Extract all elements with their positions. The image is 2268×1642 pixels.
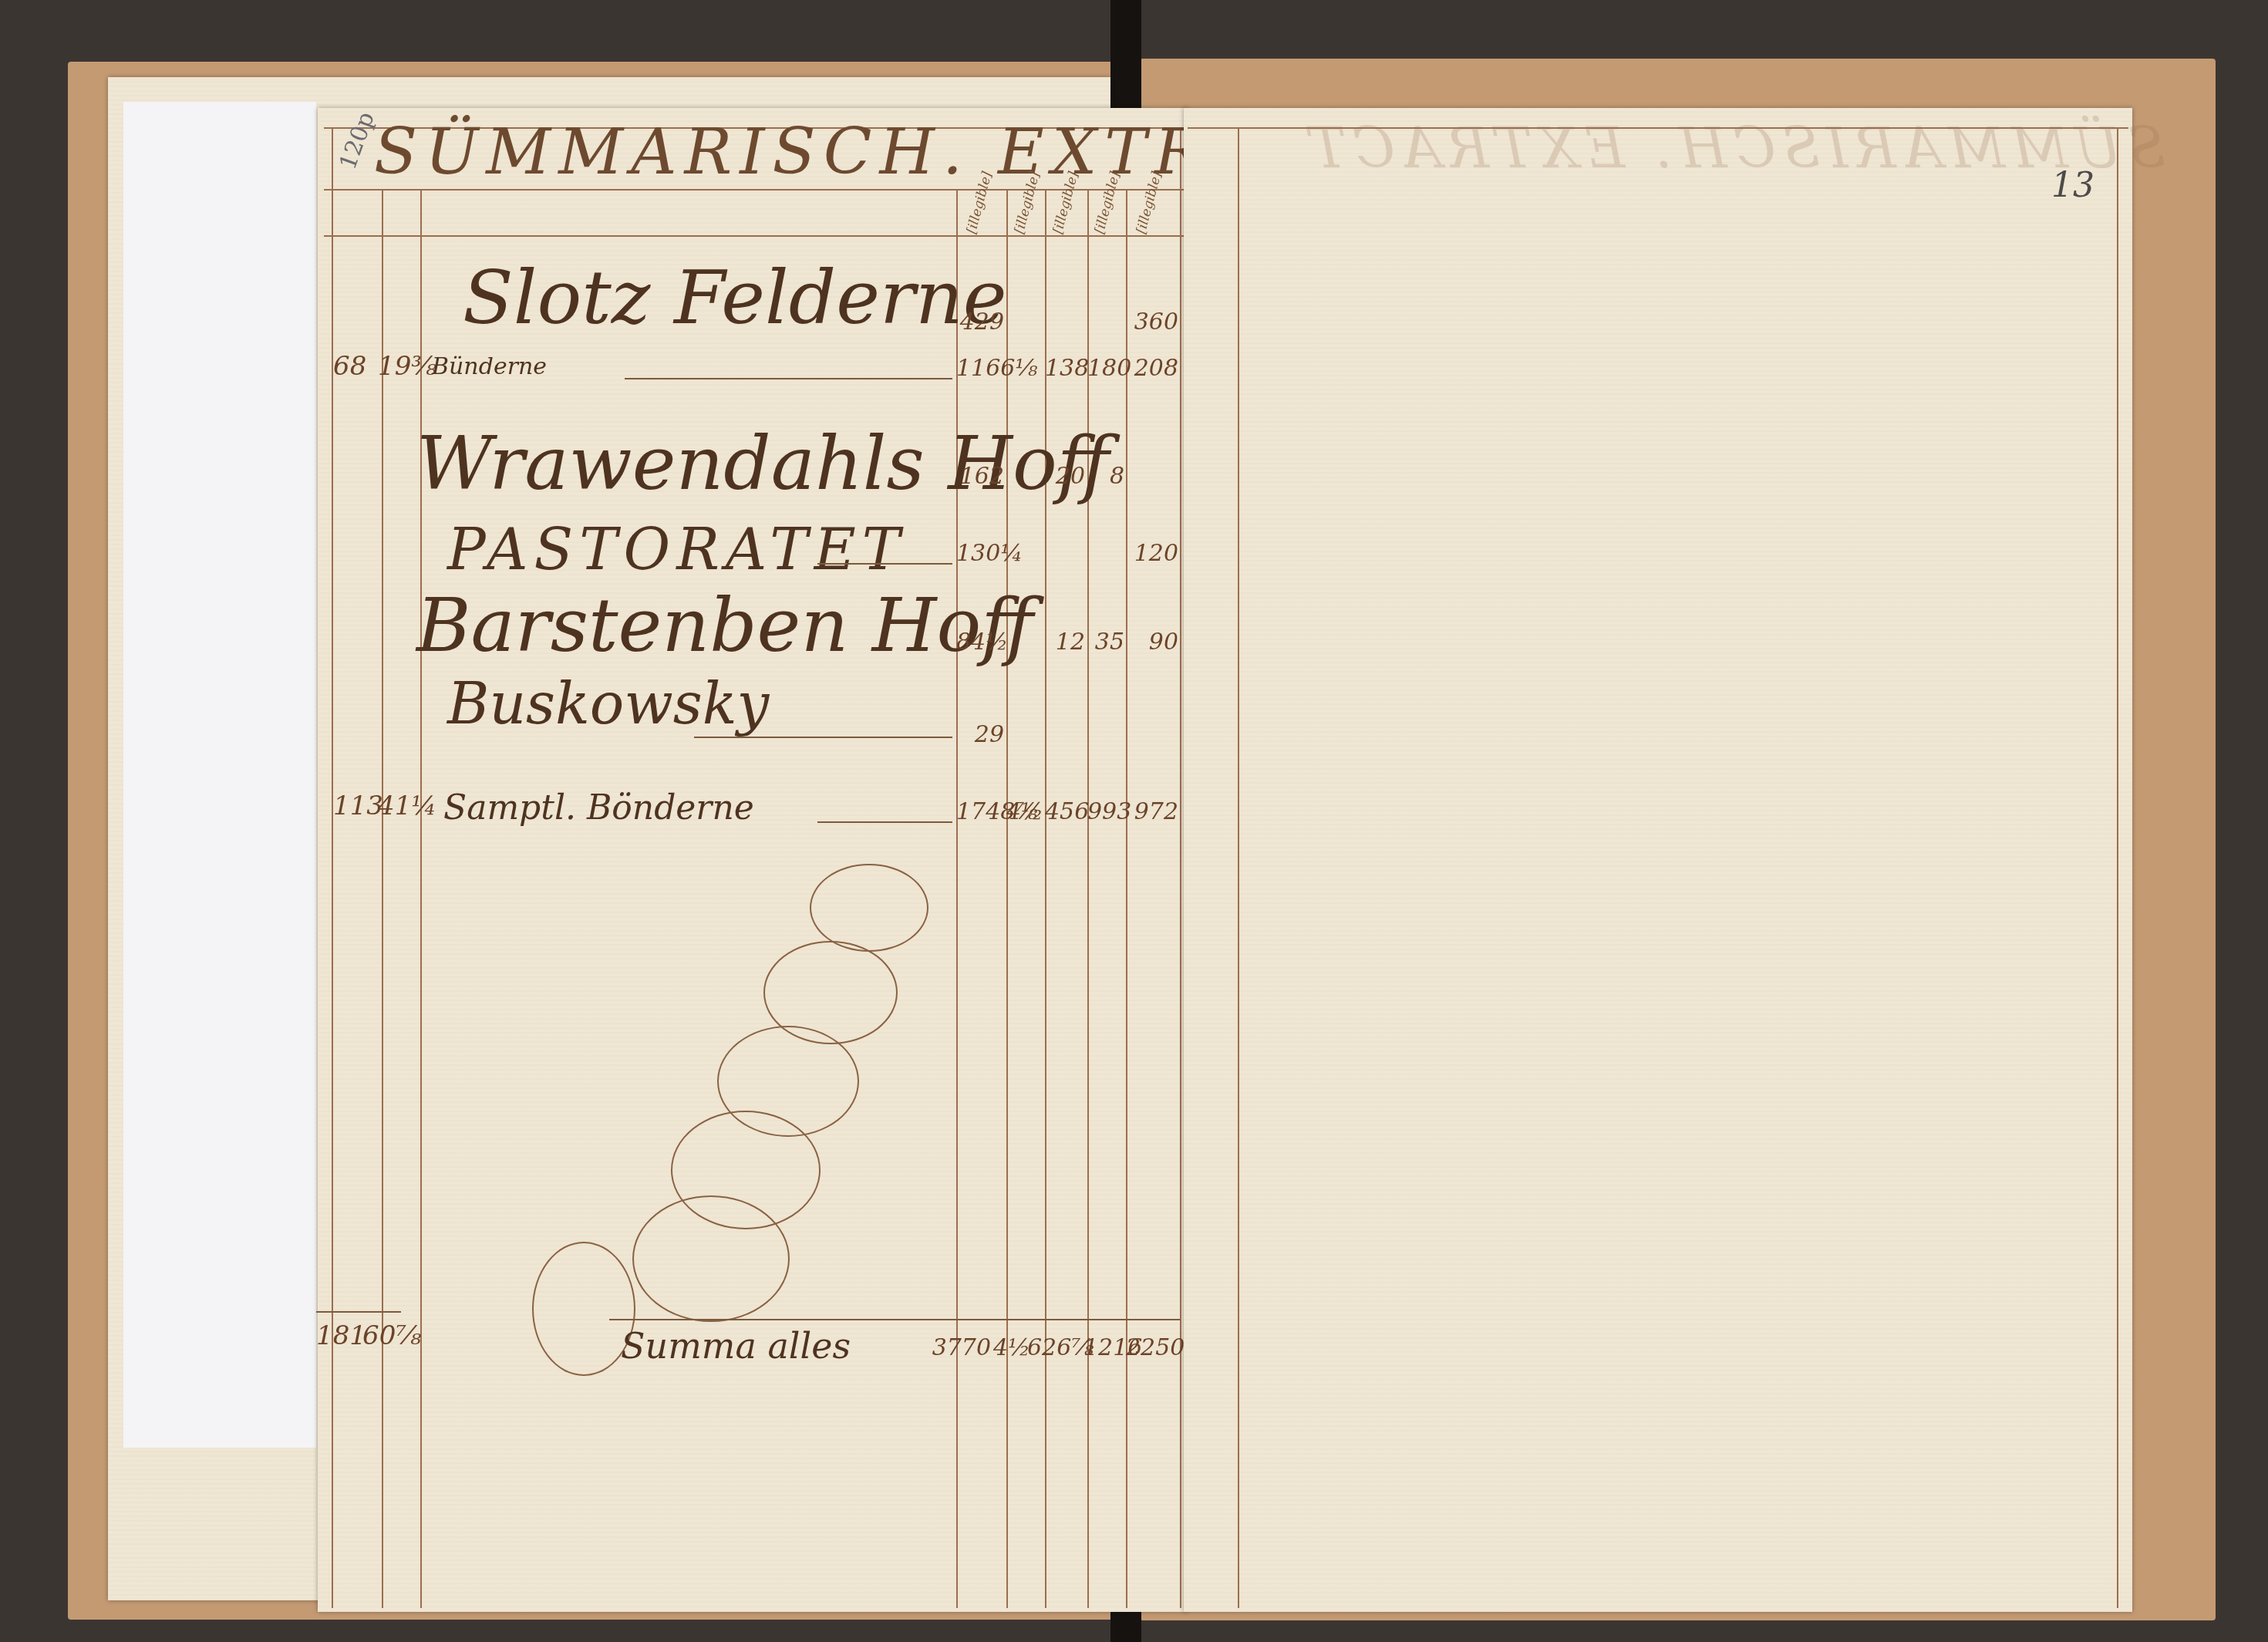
row1-margin-a: 68 [333, 351, 366, 382]
v-rule-7 [1087, 189, 1089, 1608]
row6-val-4: 972 [1126, 798, 1178, 825]
row-label-samptl-bonderne: Samptl. Bönderne [443, 788, 754, 828]
row5-val-0: 29 [956, 721, 1004, 748]
row-label-wrawendahls-hoff: Wrawendahls Hoff [416, 420, 1110, 507]
row6-val-0: 1748⅞ [956, 798, 1004, 825]
total-margin-a: 181 [316, 1320, 366, 1351]
paper-repair-patch [123, 102, 316, 1448]
row0-val-4: 360 [1126, 309, 1178, 335]
total-val-1: 4½ [993, 1334, 1030, 1361]
row-label-buskowsky: Buskowsky [447, 671, 769, 737]
row-label-barstenben-hoff: Barstenben Hoff [416, 582, 1033, 669]
row4-val-4: 90 [1126, 629, 1178, 656]
row3-val-0: 130¼ [956, 540, 1004, 567]
row2-val-0: 162 [956, 463, 1004, 490]
total-val-2: 626⅞ [1027, 1334, 1081, 1361]
header-rule-bottom [324, 189, 1188, 190]
v-rule-4 [956, 189, 958, 1608]
show-through-heading: SÜMMARISCH. EXTRACT [1303, 116, 2165, 180]
v-rule-3 [420, 189, 422, 1608]
right-v-rule-left [1238, 127, 1239, 1608]
row3-leader [817, 563, 952, 565]
row4-val-2: 12 [1045, 629, 1085, 656]
v-rule-8 [1126, 189, 1127, 1608]
row6-leader [817, 821, 952, 823]
calligraphic-flourish [632, 1195, 790, 1322]
row6-val-3: 993 [1087, 798, 1124, 825]
row4-val-3: 35 [1087, 629, 1124, 656]
row0-val-0: 429 [956, 309, 1004, 335]
row6-val-2: 456 [1045, 798, 1085, 825]
total-label: Summa alles [621, 1325, 851, 1367]
total-rule-right [609, 1319, 1180, 1320]
row3-val-4: 120 [1126, 540, 1178, 567]
row6-val-1: 4½ [1006, 798, 1043, 825]
total-rule-left [316, 1311, 401, 1313]
row1-val-3: 180 [1087, 355, 1124, 382]
v-rule-5 [1006, 189, 1008, 1608]
v-rule-9 [1180, 127, 1181, 1608]
row-label-bunderne: Bünderne [432, 353, 547, 380]
row4-val-0: 84½ [956, 629, 1004, 656]
row5-leader [694, 737, 952, 738]
row-label-slotz-felderne: Slotz Felderne [463, 255, 1007, 341]
total-val-0: 3770 [922, 1334, 991, 1361]
calligraphic-flourish [810, 864, 928, 952]
v-rule-2 [382, 189, 383, 1608]
calligraphic-flourish [532, 1242, 635, 1376]
row1-val-4: 208 [1126, 355, 1178, 382]
v-rule-1 [332, 127, 333, 1608]
row-label-pastoratet: PASTORATET [447, 517, 906, 583]
right-page [1184, 108, 2132, 1612]
row1-margin-b: 19⅜ [378, 351, 436, 382]
v-rule-6 [1045, 189, 1046, 1608]
right-folio-number: 13 [2051, 166, 2094, 205]
row2-val-2: 20 [1045, 463, 1085, 490]
column-header-rule [324, 235, 1188, 237]
row2-val-3: 8 [1087, 463, 1124, 490]
right-v-rule-right [2117, 127, 2118, 1608]
row1-val-2: 138 [1045, 355, 1085, 382]
total-val-4: 2250 [1126, 1334, 1178, 1361]
row6-margin-b: 41¼ [378, 791, 436, 821]
row1-val-0: 1166⅛ [956, 355, 1004, 382]
row1-leader [625, 378, 952, 379]
total-margin-b: 60⅞ [362, 1320, 421, 1351]
total-val-3: 1216 [1083, 1334, 1126, 1361]
row6-margin-a: 113 [333, 791, 383, 821]
